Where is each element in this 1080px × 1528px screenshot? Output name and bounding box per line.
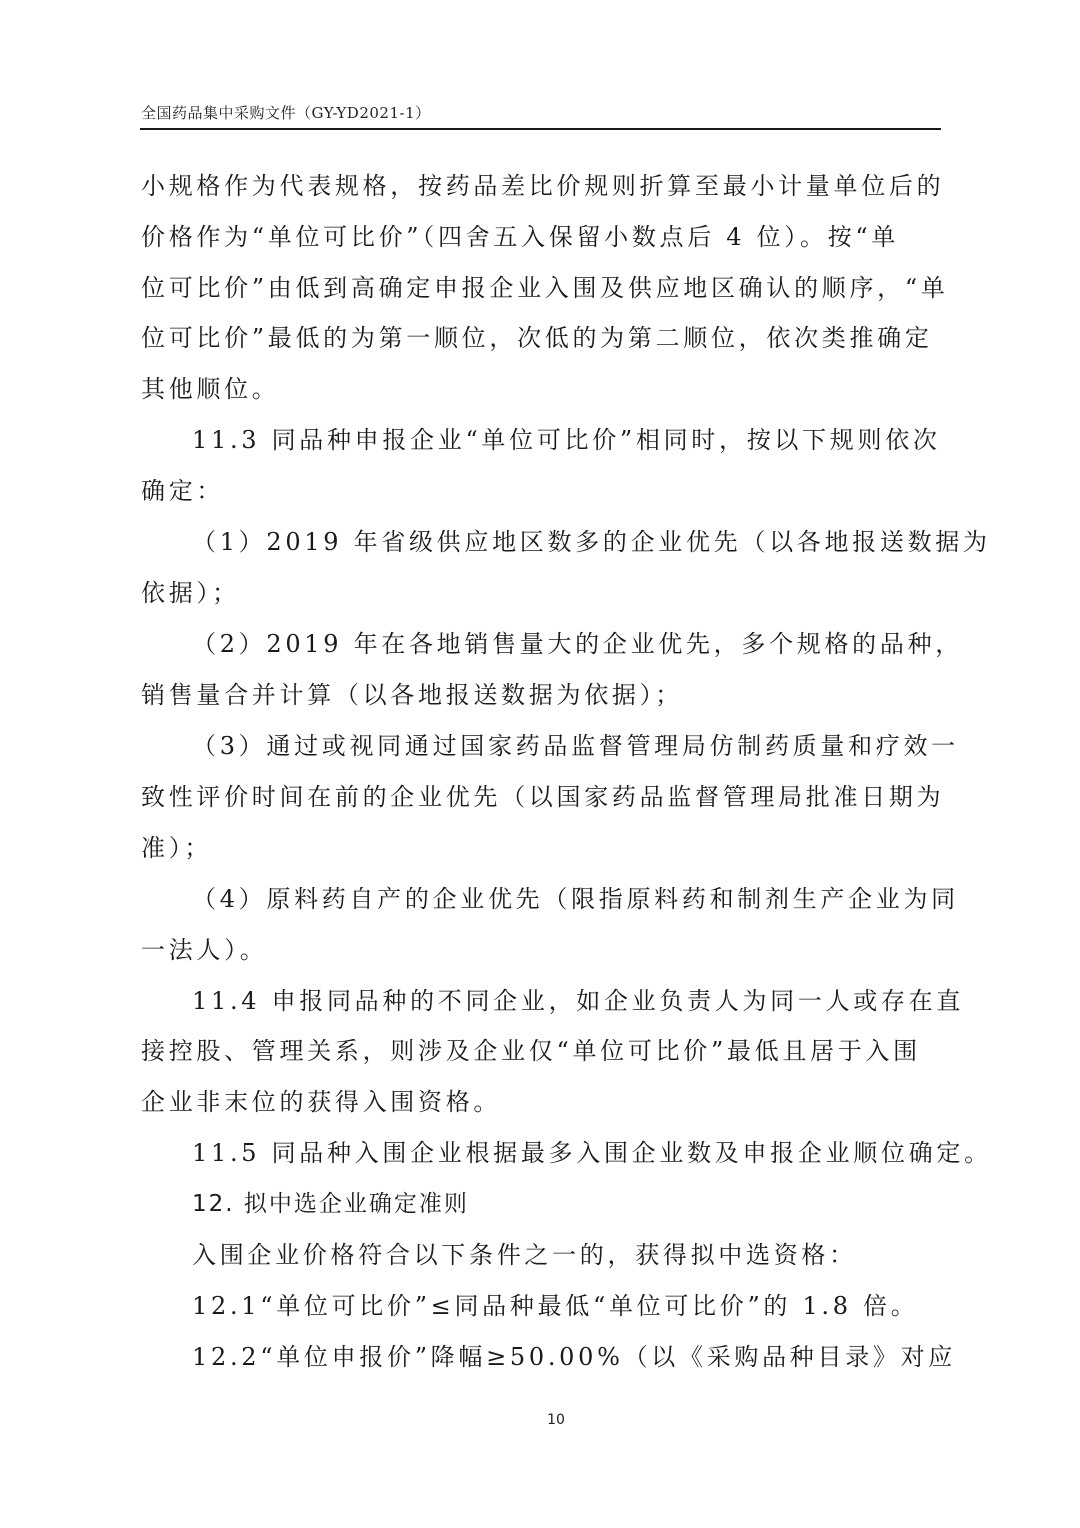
running-header: 全国药品集中采购文件（GY-YD2021-1） [141,103,431,123]
text-line: 接控股、管理关系，则涉及企业仅“单位可比价”最低且居于入围 [141,1036,921,1066]
text-line: 销售量合并计算（以各地报送数据为依据）； [141,680,683,710]
clause-11-5: 11.5 同品种入围企业根据最多入围企业数及申报企业顺位确定。 [192,1138,992,1168]
text-line: 企业非末位的获得入围资格。 [141,1087,501,1117]
text-line: 价格作为“单位可比价”（四舍五入保留小数点后 4 位）。按“单 [141,222,899,252]
rule-item-3: （3）通过或视同通过国家药品监督管理局仿制药质量和疗效一 [192,731,959,761]
document-page: 全国药品集中采购文件（GY-YD2021-1） 小规格作为代表规格，按药品差比价… [0,0,1080,1528]
rule-item-2: （2）2019 年在各地销售量大的企业优先，多个规格的品种， [192,629,963,659]
clause-11-4: 11.4 申报同品种的不同企业，如企业负责人为同一人或存在直 [192,986,964,1016]
clause-12-1: 12.1“单位可比价”≤同品种最低“单位可比价”的 1.8 倍。 [192,1291,918,1321]
text-line: 位可比价”最低的为第一顺位，次低的为第二顺位，依次类推确定 [141,323,933,353]
text-line: 小规格作为代表规格，按药品差比价规则折算至最小计量单位后的 [141,171,944,201]
text-line: 位可比价”由低到高确定申报企业入围及供应地区确认的顺序，“单 [141,273,949,303]
clause-12-2: 12.2“单位申报价”降幅≥50.00%（以《采购品种目录》对应 [192,1342,956,1372]
text-line: 入围企业价格符合以下条件之一的，获得拟中选资格： [192,1240,857,1270]
text-line: 致性评价时间在前的企业优先（以国家药品监督管理局批准日期为 [141,782,944,812]
text-line: 其他顺位。 [141,374,280,404]
rule-item-1: （1）2019 年省级供应地区数多的企业优先（以各地报送数据为 [192,527,991,557]
header-divider [140,128,941,130]
clause-11-3: 11.3 同品种申报企业“单位可比价”相同时，按以下规则依次 [192,425,941,455]
page-number: 10 [0,1412,1080,1428]
text-line: 依据）； [141,578,240,608]
text-line: 一法人）。 [141,935,268,965]
rule-item-4: （4）原料药自产的企业优先（限指原料药和制剂生产企业为同 [192,884,959,914]
section-heading-12: 12. 拟中选企业确定准则 [192,1189,469,1219]
text-line: 准）； [141,833,212,863]
text-line: 确定： [141,476,224,506]
